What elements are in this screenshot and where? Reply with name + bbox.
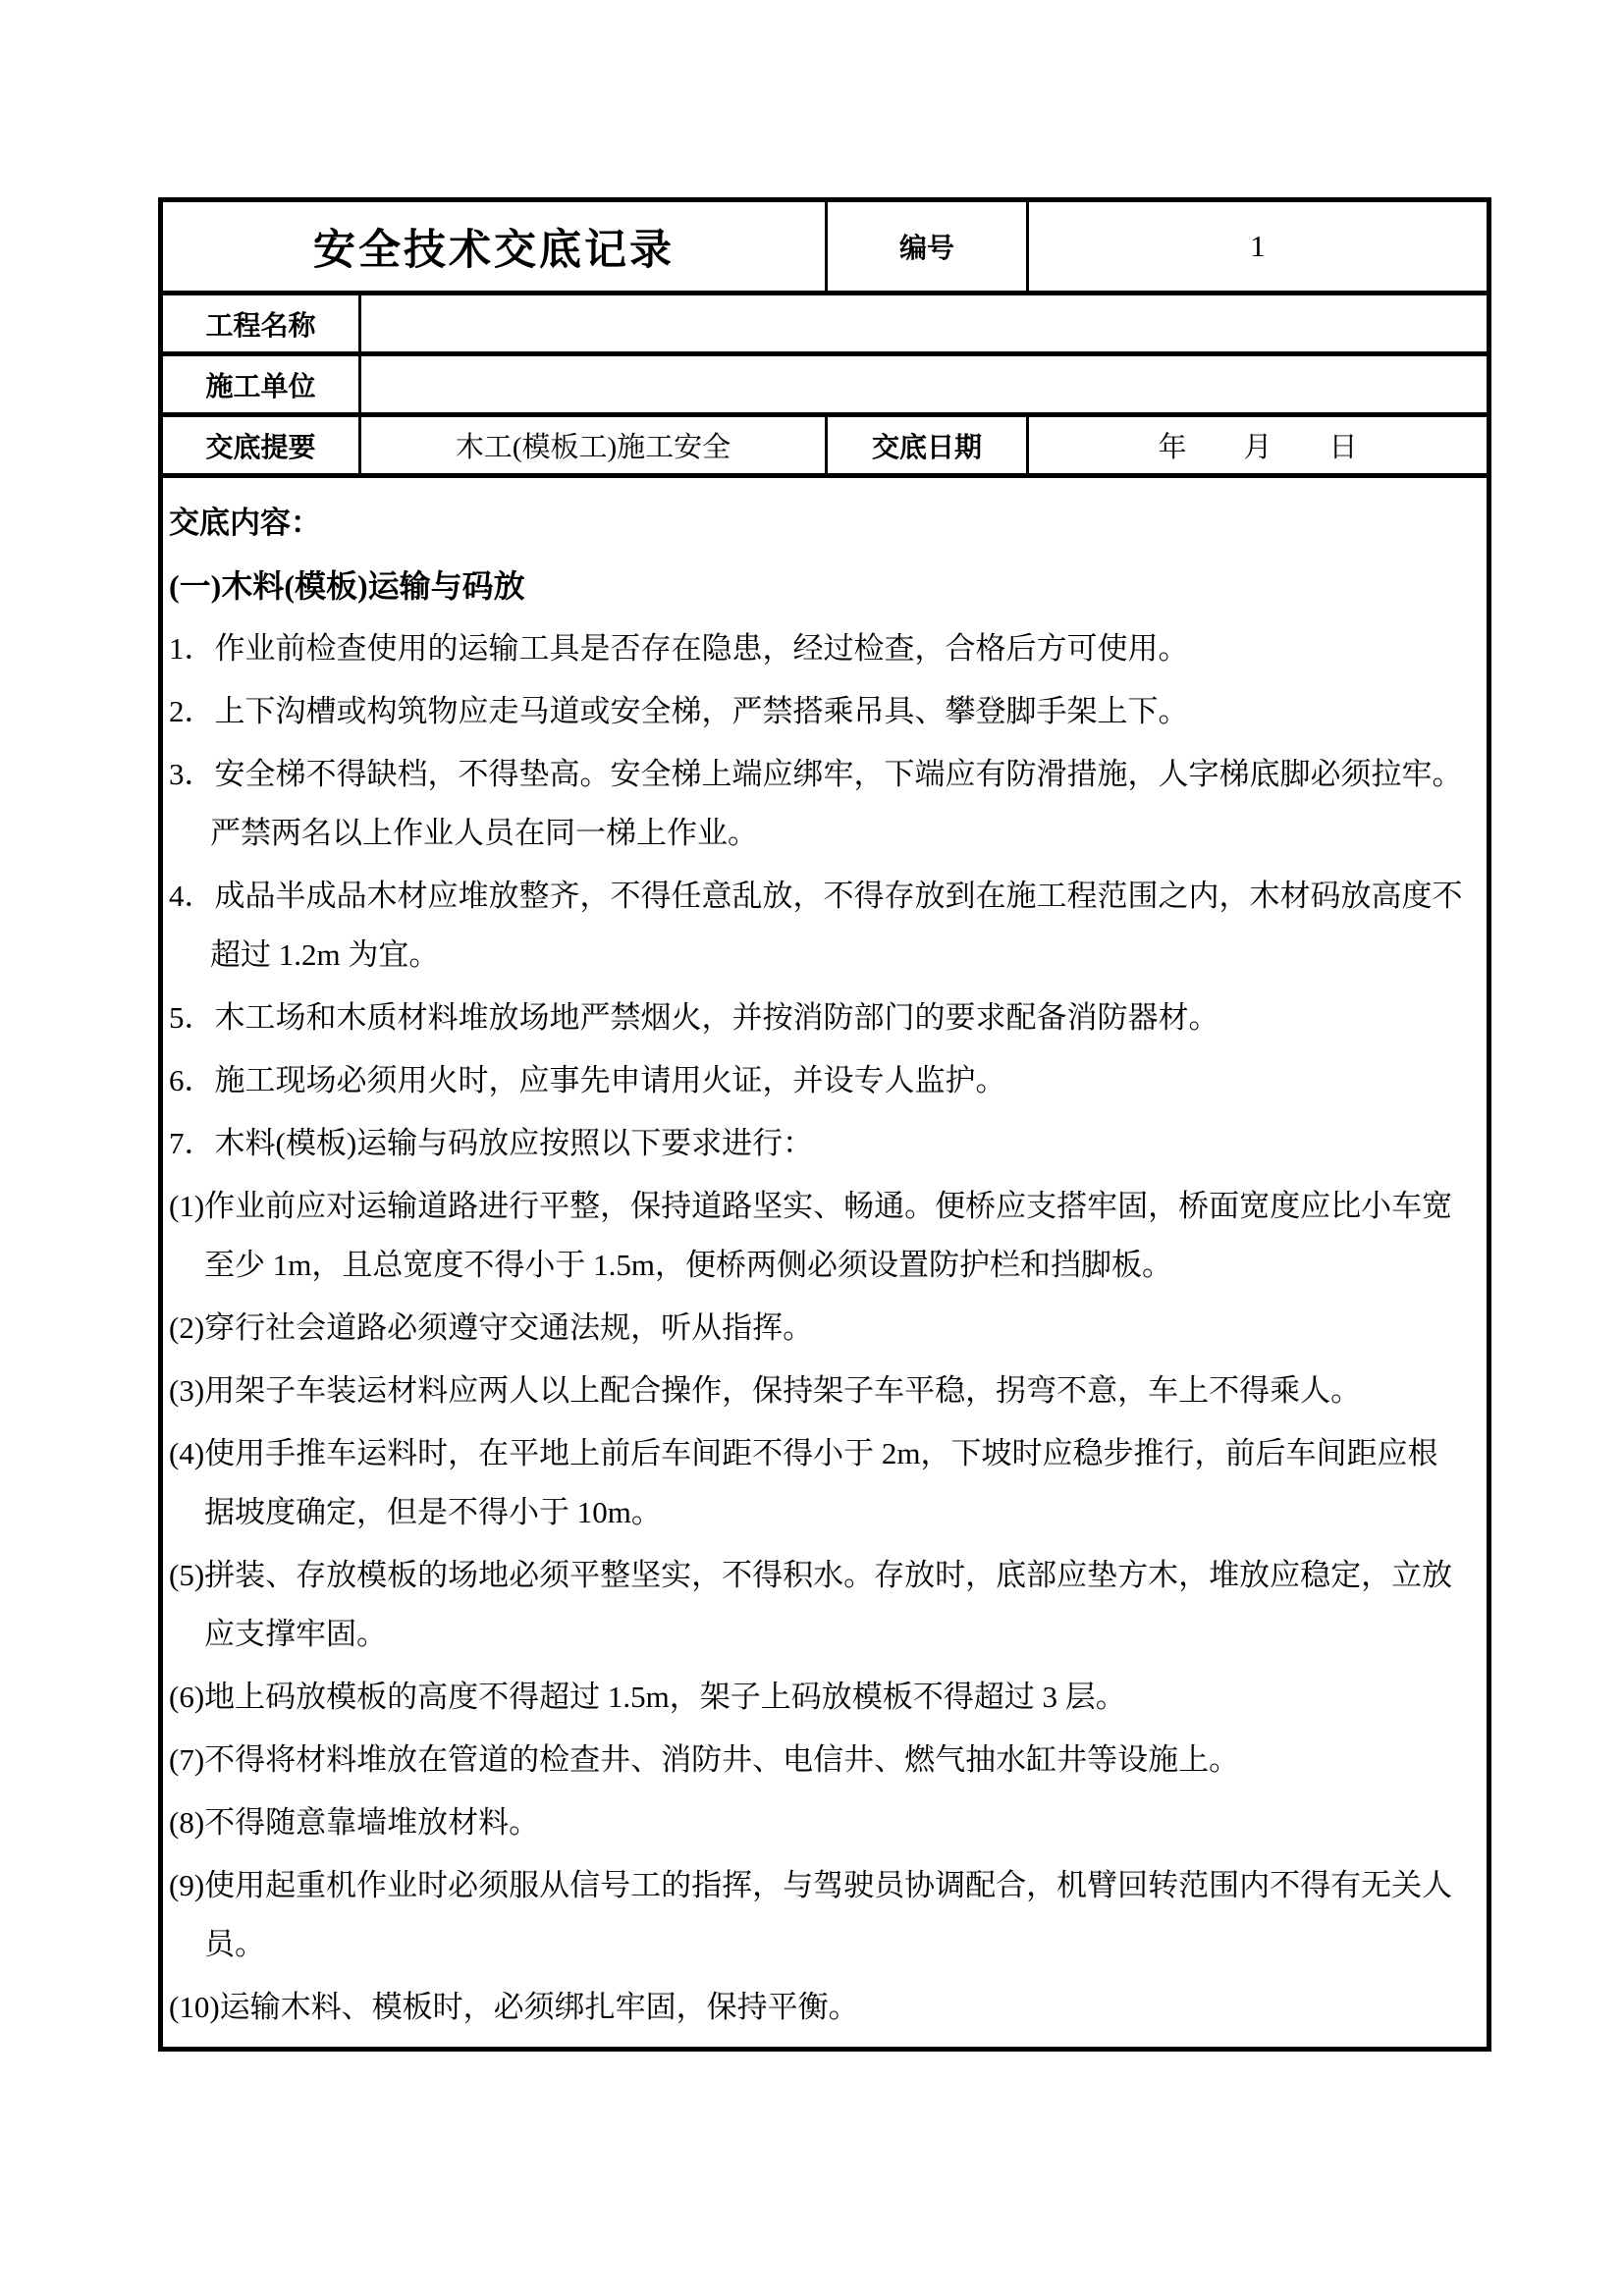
page: 安全技术交底记录 编号 1 工程名称 施工单位 交底提要 木工(模板工)施工安全… (0, 0, 1624, 2296)
subitem-8: (8)不得随意靠墙堆放材料。 (169, 1793, 1463, 1852)
date-label: 交底日期 (828, 417, 1029, 473)
construction-unit-field[interactable] (361, 356, 1487, 412)
item-3: 3．安全梯不得缺档，不得垫高。安全梯上端应绑牢，下端应有防滑措施，人字梯底脚必须… (169, 745, 1463, 863)
document-table: 安全技术交底记录 编号 1 工程名称 施工单位 交底提要 木工(模板工)施工安全… (158, 197, 1491, 2052)
item-4: 4．成品半成品木材应堆放整齐，不得任意乱放，不得存放到在施工程范围之内，木材码放… (169, 867, 1463, 985)
subitem-4: (4)使用手推车运料时，在平地上前后车间距不得小于 2m，下坡时应稳步推行，前后… (169, 1424, 1463, 1542)
subitem-1: (1)作业前应对运输道路进行平整，保持道路坚实、畅通。便桥应支搭牢固，桥面宽度应… (169, 1177, 1463, 1295)
summary-row: 交底提要 木工(模板工)施工安全 交底日期 年 月 日 (163, 417, 1487, 478)
title-cell: 安全技术交底记录 (163, 202, 828, 291)
header-row: 安全技术交底记录 编号 1 (163, 202, 1487, 295)
date-field[interactable]: 年 月 日 (1029, 417, 1487, 473)
form-number-label: 编号 (828, 202, 1029, 291)
subitem-5: (5)拼装、存放模板的场地必须平整坚实，不得积水。存放时，底部应垫方木，堆放应稳… (169, 1546, 1463, 1664)
subitem-10: (10)运输木料、模板时，必须绑扎牢固，保持平衡。 (169, 1978, 1463, 2037)
page-title: 安全技术交底记录 (313, 217, 675, 277)
construction-unit-label: 施工单位 (163, 356, 361, 412)
item-1: 1．作业前检查使用的运输工具是否存在隐患，经过检查，合格后方可使用。 (169, 619, 1463, 678)
content-heading: 交底内容： (169, 494, 1463, 553)
form-number-value: 1 (1029, 202, 1487, 291)
subitem-3: (3)用架子车装运材料应两人以上配合操作，保持架子车平稳，拐弯不意，车上不得乘人… (169, 1362, 1463, 1420)
item-6: 6．施工现场必须用火时，应事先申请用火证，并设专人监护。 (169, 1051, 1463, 1110)
subitem-2: (2)穿行社会道路必须遵守交通法规，听从指挥。 (169, 1299, 1463, 1358)
summary-label: 交底提要 (163, 417, 361, 473)
subitem-6: (6)地上码放模板的高度不得超过 1.5m，架子上码放模板不得超过 3 层。 (169, 1668, 1463, 1727)
project-name-label: 工程名称 (163, 295, 361, 351)
item-5: 5．木工场和木质材料堆放场地严禁烟火，并按消防部门的要求配备消防器材。 (169, 988, 1463, 1047)
item-7: 7．木料(模板)运输与码放应按照以下要求进行： (169, 1114, 1463, 1173)
project-name-field[interactable] (361, 295, 1487, 351)
construction-unit-row: 施工单位 (163, 356, 1487, 417)
project-name-row: 工程名称 (163, 295, 1487, 356)
item-2: 2．上下沟槽或构筑物应走马道或安全梯，严禁搭乘吊具、攀登脚手架上下。 (169, 682, 1463, 741)
content-cell: 交底内容： (一)木料(模板)运输与码放 1．作业前检查使用的运输工具是否存在隐… (163, 478, 1487, 2047)
subitem-7: (7)不得将材料堆放在管道的检查井、消防井、电信井、燃气抽水缸井等设施上。 (169, 1731, 1463, 1789)
subitem-9: (9)使用起重机作业时必须服从信号工的指挥，与驾驶员协调配合，机臂回转范围内不得… (169, 1856, 1463, 1974)
summary-value: 木工(模板工)施工安全 (361, 417, 828, 473)
section-title: (一)木料(模板)运输与码放 (169, 557, 1463, 615)
